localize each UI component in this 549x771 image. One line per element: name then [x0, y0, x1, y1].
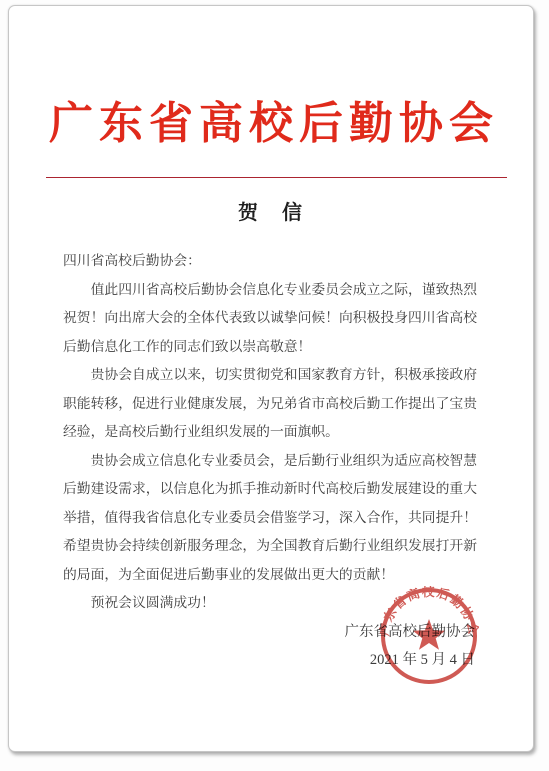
screenshot-canvas: 广东省高校后勤协会 贺 信 四川省高校后勤协会： 值此四川省高校后勤协会信息化专…	[0, 0, 549, 771]
letter-body: 四川省高校后勤协会： 值此四川省高校后勤协会信息化专业委员会成立之际，谨致热烈祝…	[63, 247, 477, 675]
document-title: 贺 信	[9, 196, 533, 225]
closing-line: 预祝会议圆满成功！	[63, 589, 477, 618]
paragraph-1: 值此四川省高校后勤协会信息化专业委员会成立之际，谨致热烈祝贺！向出席大会的全体代…	[63, 276, 477, 362]
paragraph-2: 贵协会自成立以来，切实贯彻党和国家教育方针，积极承接政府职能转移，促进行业健康发…	[63, 361, 477, 447]
signature-org: 广东省高校后勤协会	[63, 618, 475, 647]
paragraph-3: 贵协会成立信息化专业委员会，是后勤行业组织为适应高校智慧后勤建设需求，以信息化为…	[63, 447, 477, 590]
letterhead-title: 广东省高校后勤协会	[9, 102, 533, 146]
signature-date: 2021 年 5 月 4 日	[63, 646, 475, 675]
signature-block: 广东省高校后勤协会 2021 年 5 月 4 日	[63, 618, 477, 675]
letterhead-divider	[46, 177, 507, 178]
salutation: 四川省高校后勤协会：	[63, 247, 477, 276]
letter-page: 广东省高校后勤协会 贺 信 四川省高校后勤协会： 值此四川省高校后勤协会信息化专…	[8, 5, 534, 752]
